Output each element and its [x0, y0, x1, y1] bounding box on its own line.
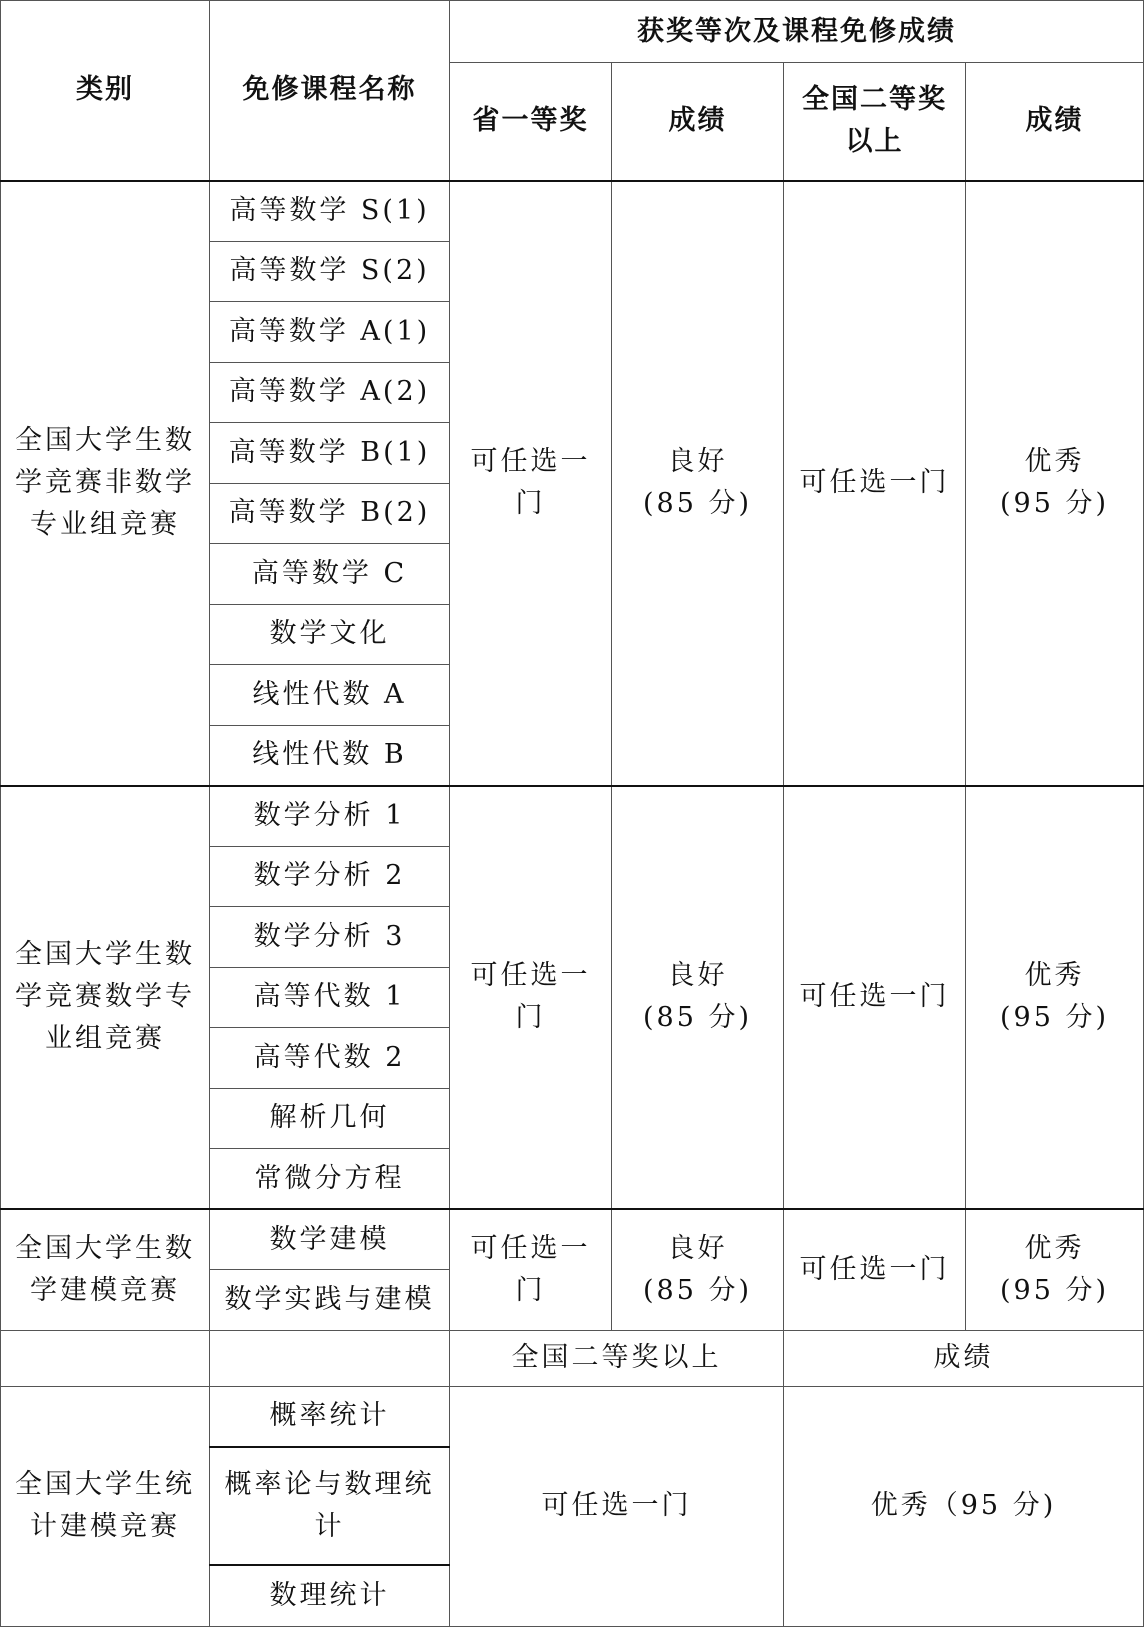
header-national-second: 全国二等奖 以上 [784, 63, 966, 181]
score-b-cell: 优秀 (95 分) [966, 181, 1144, 786]
course-cell: 概率论与数理统 计 [210, 1447, 450, 1565]
course-cell: 解析几何 [210, 1088, 450, 1149]
category-cell: 全国大学生统 计建模竞赛 [1, 1386, 210, 1627]
national-second-cell: 可任选一门 [784, 181, 966, 786]
header-provincial-first: 省一等奖 [450, 63, 612, 181]
header-category: 类别 [1, 1, 210, 181]
course-cell: 数学分析 1 [210, 786, 450, 847]
category-cell: 全国大学生数 学竞赛非数学 专业组竞赛 [1, 181, 210, 786]
header-score-b: 成绩 [966, 63, 1144, 181]
subheader-national-second: 全国二等奖以上 [450, 1330, 784, 1386]
national-second-cell: 可任选一门 [784, 1209, 966, 1330]
score-b-cell: 优秀 (95 分) [966, 1209, 1144, 1330]
course-cell: 数学分析 2 [210, 846, 450, 907]
category-cell: 全国大学生数 学建模竞赛 [1, 1209, 210, 1330]
course-cell: 高等代数 2 [210, 1028, 450, 1089]
category-cell: 全国大学生数 学竞赛数学专 业组竞赛 [1, 786, 210, 1210]
national-second-cell: 可任选一门 [450, 1386, 784, 1627]
score-a-cell: 良好 (85 分) [612, 181, 784, 786]
national-second-cell: 可任选一门 [784, 786, 966, 1210]
subheader-score: 成绩 [784, 1330, 1144, 1386]
header-score-a: 成绩 [612, 63, 784, 181]
score-cell: 优秀（95 分) [784, 1386, 1144, 1627]
course-cell: 数学建模 [210, 1209, 450, 1270]
course-cell: 高等数学 A(1) [210, 302, 450, 363]
provincial-first-cell: 可任选一 门 [450, 786, 612, 1210]
course-cell: 高等数学 C [210, 544, 450, 605]
course-cell: 线性代数 B [210, 725, 450, 786]
score-b-cell: 优秀 (95 分) [966, 786, 1144, 1210]
header-award-group: 获奖等次及课程免修成绩 [450, 1, 1144, 63]
course-cell: 数理统计 [210, 1565, 450, 1627]
score-a-cell: 良好 (85 分) [612, 1209, 784, 1330]
course-cell: 概率统计 [210, 1386, 450, 1447]
course-cell: 高等数学 B(2) [210, 483, 450, 544]
course-cell: 数学实践与建模 [210, 1270, 450, 1331]
empty-cell [210, 1330, 450, 1386]
course-exemption-table: 类别 免修课程名称 获奖等次及课程免修成绩 省一等奖 成绩 全国二等奖 以上 成… [0, 0, 1144, 1627]
course-cell: 高等数学 B(1) [210, 423, 450, 484]
course-cell: 高等数学 A(2) [210, 362, 450, 423]
course-cell: 线性代数 A [210, 665, 450, 726]
course-cell: 高等代数 1 [210, 967, 450, 1028]
provincial-first-cell: 可任选一 门 [450, 181, 612, 786]
course-cell: 高等数学 S(1) [210, 181, 450, 242]
course-cell: 数学分析 3 [210, 907, 450, 968]
course-cell: 数学文化 [210, 604, 450, 665]
provincial-first-cell: 可任选一 门 [450, 1209, 612, 1330]
course-cell: 常微分方程 [210, 1149, 450, 1210]
course-cell: 高等数学 S(2) [210, 241, 450, 302]
header-course-name: 免修课程名称 [210, 1, 450, 181]
score-a-cell: 良好 (85 分) [612, 786, 784, 1210]
empty-cell [1, 1330, 210, 1386]
